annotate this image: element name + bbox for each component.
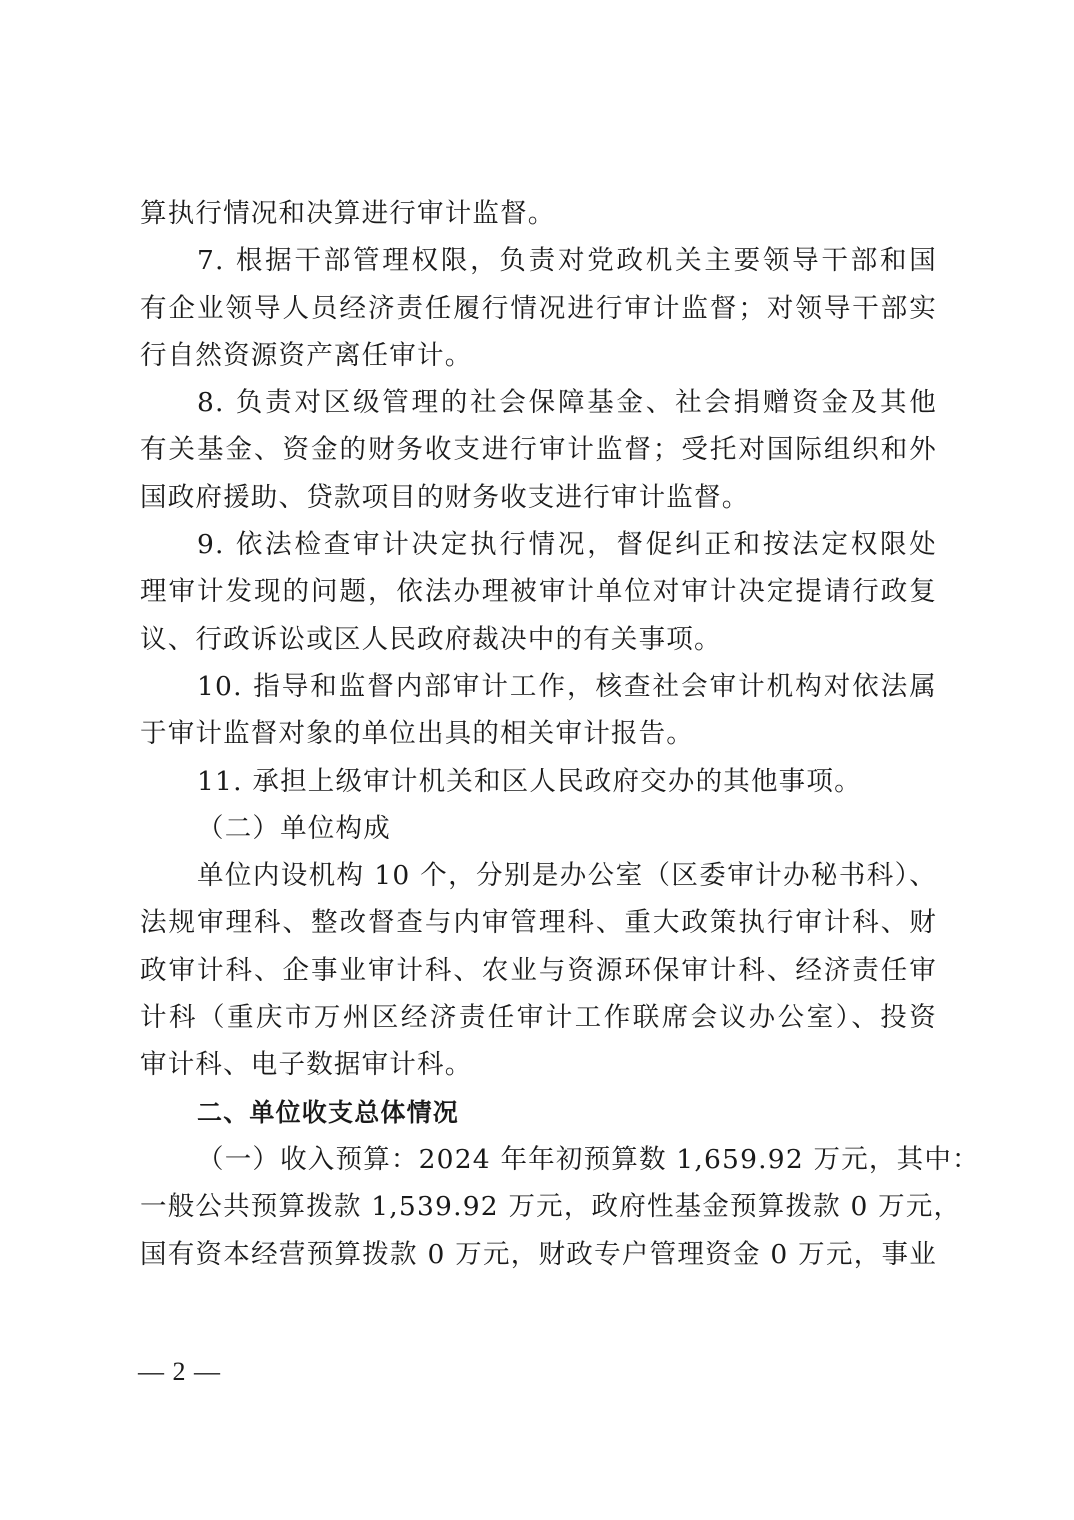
text-line: 7. 根据干部管理权限，负责对党政机关主要领导干部和国 (140, 237, 937, 284)
text-line: 理审计发现的问题，依法办理被审计单位对审计决定提请行政复 (140, 568, 937, 615)
text-line: 国有资本经营预算拨款 0 万元，财政专户管理资金 0 万元，事业 (140, 1231, 937, 1278)
document-body: 算执行情况和决算进行审计监督。 7. 根据干部管理权限，负责对党政机关主要领导干… (140, 190, 937, 1278)
text-line: 单位内设机构 10 个，分别是办公室（区委审计办秘书科）、 (140, 852, 937, 899)
text-line: 审计科、电子数据审计科。 (140, 1041, 937, 1088)
text-line: 于审计监督对象的单位出具的相关审计报告。 (140, 710, 937, 757)
text-line: 法规审理科、整改督查与内审管理科、重大政策执行审计科、财 (140, 899, 937, 946)
page-number: — 2 — (138, 1357, 221, 1387)
section-heading: 二、单位收支总体情况 (140, 1089, 937, 1136)
text-line: 一般公共预算拨款 1,539.92 万元，政府性基金预算拨款 0 万元， (140, 1183, 937, 1230)
text-line: 政审计科、企事业审计科、农业与资源环保审计科、经济责任审 (140, 947, 937, 994)
document-page: 算执行情况和决算进行审计监督。 7. 根据干部管理权限，负责对党政机关主要领导干… (0, 0, 1074, 1520)
text-line: 行自然资源资产离任审计。 (140, 332, 937, 379)
section-subheading: （二）单位构成 (140, 805, 937, 852)
text-line: 国政府援助、贷款项目的财务收支进行审计监督。 (140, 474, 937, 521)
text-line: （一）收入预算：2024 年年初预算数 1,659.92 万元，其中： (140, 1136, 937, 1183)
text-line: 算执行情况和决算进行审计监督。 (140, 190, 937, 237)
text-line: 9. 依法检查审计决定执行情况，督促纠正和按法定权限处 (140, 521, 937, 568)
text-line: 11. 承担上级审计机关和区人民政府交办的其他事项。 (140, 758, 937, 805)
text-line: 有企业领导人员经济责任履行情况进行审计监督；对领导干部实 (140, 285, 937, 332)
text-line: 有关基金、资金的财务收支进行审计监督；受托对国际组织和外 (140, 426, 937, 473)
text-line: 议、行政诉讼或区人民政府裁决中的有关事项。 (140, 616, 937, 663)
text-line: 10. 指导和监督内部审计工作，核查社会审计机构对依法属 (140, 663, 937, 710)
text-line: 计科（重庆市万州区经济责任审计工作联席会议办公室）、投资 (140, 994, 937, 1041)
text-line: 8. 负责对区级管理的社会保障基金、社会捐赠资金及其他 (140, 379, 937, 426)
